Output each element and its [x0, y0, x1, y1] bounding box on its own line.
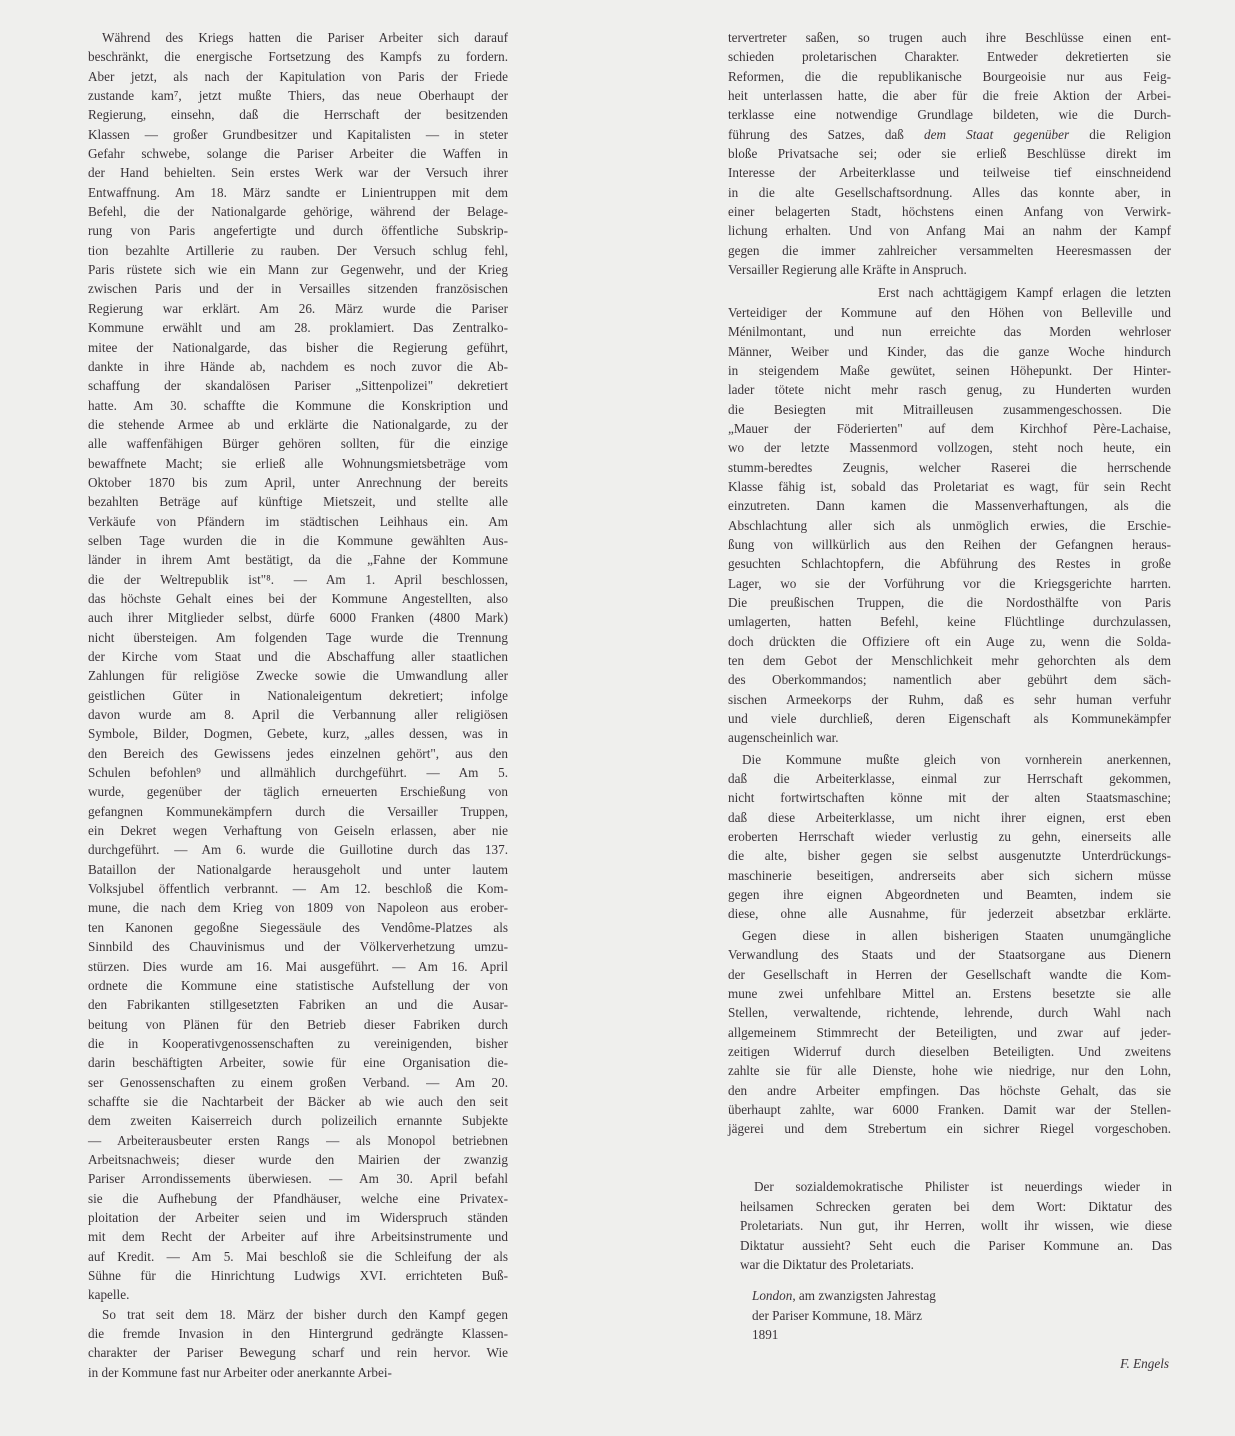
text-line: Klasse fähig ist, sobald das Proletariat…: [728, 477, 1171, 496]
text-line: Während des Kriegs hatten die Pariser Ar…: [88, 28, 508, 47]
text-line: der Hand behielten. Sein erstes Werk war…: [88, 163, 508, 182]
text-line: Versailler Regierung alle Kräfte in Ansp…: [728, 260, 1171, 279]
signature-line-1: London, am zwanzigsten Jahrestag: [752, 1286, 936, 1306]
text-line: augenscheinlich war.: [728, 728, 1171, 747]
text-line: ser Genossenschaften zu einem großen Ver…: [88, 1073, 508, 1092]
text-line: heit unterlassen hatte, die aber für die…: [728, 86, 1171, 105]
text-line: in der Kommune fast nur Arbeiter oder an…: [88, 1363, 508, 1382]
text-line: Regierung war erklärt. Am 26. März wurde…: [88, 299, 508, 318]
text-line: terklasse eine notwendige Grundlage bild…: [728, 105, 1171, 124]
text-line: mit dem Recht der Arbeiter auf ihre Arbe…: [88, 1227, 508, 1246]
text-line: schieden proletarischen Charakter. Entwe…: [728, 47, 1171, 66]
text-line: zahlte sie für alle Dienste, hohe wie ni…: [728, 1061, 1171, 1080]
text-line: umlagerten, hatten Befehl, keine Flüchtl…: [728, 612, 1171, 631]
text-line: „Mauer der Föderierten" auf dem Kirchhof…: [728, 419, 1171, 438]
text-line: Klassen — großer Grundbesitzer und Kapit…: [88, 125, 508, 144]
text-line: Verteidiger der Kommune auf den Höhen vo…: [728, 303, 1171, 322]
text-line: Stellen, verwaltende, richtende, lehrend…: [728, 1003, 1171, 1022]
text-line: Kommune erwählt und am 28. proklamiert. …: [88, 318, 508, 337]
text-line: Arbeitsnachweis; dieser wurde den Mairie…: [88, 1150, 508, 1169]
text-line: eroberten Herrschaft wieder verlustig zu…: [728, 827, 1171, 846]
text-line: Die preußischen Truppen, die die Nordost…: [728, 593, 1171, 612]
text-line: gesuchten Schlachtopfern, die Abführung …: [728, 554, 1171, 573]
text-line: die der Weltrepublik ist"⁸. — Am 1. Apri…: [88, 570, 508, 589]
text-line: tion bezahlte Artillerie zu rauben. Der …: [88, 241, 508, 260]
text-line: allgemeinem Stimmrecht der Beteiligten, …: [728, 1023, 1171, 1042]
text-line: bezahlten Beträge auf künftige Mietszeit…: [88, 492, 508, 511]
text-line: Aber jetzt, als nach der Kapitulation vo…: [88, 67, 508, 86]
text-line: die stehende Armee ab und erklärte die N…: [88, 415, 508, 434]
text-line: zeitigen Widerruf durch dieselben Beteil…: [728, 1042, 1171, 1061]
text-line: Symbole, Bilder, Dogmen, Gebete, kurz, „…: [88, 724, 508, 743]
text-line: diese, ohne alle Ausnahme, für jederzeit…: [728, 904, 1171, 923]
text-line: stumm-beredtes Zeugnis, welcher Raserei …: [728, 458, 1171, 477]
place-name: London: [752, 1288, 792, 1303]
text-line: darin beschäftigten Arbeiter, sowie für …: [88, 1053, 508, 1072]
text-line: zwischen Paris und der in Versailles sit…: [88, 279, 508, 298]
signature-block: London, am zwanzigsten Jahrestag der Par…: [752, 1286, 936, 1345]
text-line: bloße Privatsache sei; oder sie erließ B…: [728, 144, 1171, 163]
emphasis: dem Staat gegenüber: [924, 127, 1069, 142]
text-line: Paris rüstete sich wie ein Mann zur Gege…: [88, 260, 508, 279]
text-line: selben Tage wurden die in die Kommune ge…: [88, 531, 508, 550]
author-name: F. Engels: [1120, 1356, 1169, 1372]
text-line: ten Kanonen gegoßne Siegessäule des Vend…: [88, 918, 508, 937]
text-line: Volksjubel öffentlich verbrannt. — Am 12…: [88, 879, 508, 898]
text-line: ten dem Gebot der Menschlichkeit mehr ge…: [728, 651, 1171, 670]
text-line: doch drückten die Offiziere oft ein Auge…: [728, 632, 1171, 651]
text-line: heilsamen Schrecken geraten bei dem Wort…: [740, 1197, 1172, 1217]
text-line: in die alte Gesellschaftsordnung. Alles …: [728, 183, 1171, 202]
text-line: daß diese Arbeiterklasse, um nicht ihrer…: [728, 808, 1171, 827]
text-line: Befehl, die der Nationalgarde gehörige, …: [88, 202, 508, 221]
text-line: Diktatur aussieht? Seht euch die Pariser…: [740, 1236, 1172, 1256]
text-line: lichung erhalten. Und von Anfang Mai an …: [728, 221, 1171, 240]
text-line: die Besiegten mit Mitrailleusen zusammen…: [728, 400, 1171, 419]
text-line: Bataillon der Nationalgarde herausgeholt…: [88, 860, 508, 879]
text-line: Die Kommune mußte gleich von vornherein …: [728, 750, 1171, 769]
text-line: nicht übersteigen. Am folgenden Tage wur…: [88, 628, 508, 647]
text-line: ßung von willkürlich aus den Reihen der …: [728, 535, 1171, 554]
text-line: der Kirche vom Staat und die Abschaffung…: [88, 647, 508, 666]
right-column: tervertreter saßen, so trugen auch ihre …: [728, 28, 1171, 1139]
text-line: alle waffenfähigen Bürger gehören sollte…: [88, 434, 508, 453]
text-line: den andre Arbeiter empfingen. Das höchst…: [728, 1081, 1171, 1100]
text-line: Gefahr schwebe, solange die Pariser Arbe…: [88, 144, 508, 163]
text-line: nicht fortwirtschaften könne mit der alt…: [728, 788, 1171, 807]
text-line: Ménilmontant, und nun erreichte das Mord…: [728, 322, 1171, 341]
text-line: Sinnbild des Chauvinismus und der Völker…: [88, 937, 508, 956]
text-line: Männer, Weiber und Kinder, das die ganze…: [728, 342, 1171, 361]
text-line: ordnete die Kommune eine statistische Au…: [88, 976, 508, 995]
paragraph-state-machine: Die Kommune mußte gleich von vornherein …: [728, 750, 1171, 924]
text-line: überhaupt zahlte, war 6000 Franken. Dami…: [728, 1100, 1171, 1119]
text-line: dem zweiten Kaiserreich durch polizeilic…: [88, 1111, 508, 1130]
signature-line-2: der Pariser Kommune, 18. März: [752, 1306, 936, 1326]
text-line: Lager, wo sie der Vorführung vor die Kri…: [728, 574, 1171, 593]
text-line: gefangnen Kommunekämpfern durch die Vers…: [88, 802, 508, 821]
text-line: den Fabrikanten stillgesetzten Fabriken …: [88, 995, 508, 1014]
text-line: — Arbeiterausbeuter ersten Rangs — als M…: [88, 1131, 508, 1150]
text-line: Interesse der Arbeiterklasse und teilwei…: [728, 163, 1171, 182]
text-line: Verwandlung des Staats und der Staatsorg…: [728, 945, 1171, 964]
text-line: wo der letzte Massenmord vollzogen, steh…: [728, 438, 1171, 457]
text-line: auch ihrer Mitglieder selbst, dürfe 6000…: [88, 608, 508, 627]
text-line: sie die Aufhebung der Pfandhäuser, welch…: [88, 1189, 508, 1208]
text-line: führung des Satzes, daß dem Staat gegenü…: [728, 125, 1171, 144]
text-line: jägerei und dem Strebertum ein sichrer R…: [728, 1119, 1171, 1138]
text-line: schaffte sie die Nachtarbeit der Bäcker …: [88, 1092, 508, 1111]
paragraph-massacre: Erst nach achttägigem Kampf erlagen die …: [728, 283, 1171, 747]
text-line: die in Kooperativgenossenschaften zu ver…: [88, 1034, 508, 1053]
text-line: dankte in ihre Hände ab, nachdem es noch…: [88, 357, 508, 376]
text-line: geistlichen Güter in Nationaleigentum de…: [88, 686, 508, 705]
text-line: Oktober 1870 bis zum April, unter Anrech…: [88, 473, 508, 492]
text-line: mune zwei unfehlbare Mittel an. Erstens …: [728, 984, 1171, 1003]
text-line: Sühne für die Hinrichtung Ludwigs XVI. e…: [88, 1266, 508, 1285]
signature-year: 1891: [752, 1325, 936, 1345]
text-line: sischen Armeekorps der Ruhm, daß es sehr…: [728, 690, 1171, 709]
left-column: Während des Kriegs hatten die Pariser Ar…: [88, 28, 508, 1382]
text-line: schaffung der skandalösen Pariser „Sitte…: [88, 376, 508, 395]
text-line: bewaffnete Macht; sie erließ alle Wohnun…: [88, 454, 508, 473]
text-line: Proletariats. Nun gut, ihr Herren, wollt…: [740, 1216, 1172, 1236]
text-line: des Oberkommandos; namentlich aber gebüh…: [728, 670, 1171, 689]
text-line: länder in ihrem Amt bestätigt, da die „F…: [88, 550, 508, 569]
text-line: stürzen. Dies wurde am 16. Mai ausgeführ…: [88, 957, 508, 976]
text-line: Regierung, einsehn, daß die Herrschaft d…: [88, 105, 508, 124]
text-line: kapelle.: [88, 1285, 508, 1304]
text-line: den Bereich des Gewissens jedes einzelne…: [88, 744, 508, 763]
text-line: Erst nach achttägigem Kampf erlagen die …: [728, 283, 1171, 302]
text-line: Verkäufe von Pfändern im städtischen Lei…: [88, 512, 508, 531]
text-line: rung von Paris angefertigte und durch öf…: [88, 221, 508, 240]
text-line: Schulen befohlen⁹ und allmählich durchge…: [88, 763, 508, 782]
text-line: einer belagerten Stadt, höchstens einen …: [728, 202, 1171, 221]
text-line: Gegen diese in allen bisherigen Staaten …: [728, 926, 1171, 945]
text-line: Zahlungen für religiöse Zwecke sowie die…: [88, 666, 508, 685]
text-line: Abschlachtung aller sich als unmöglich e…: [728, 516, 1171, 535]
text-line: mitee der Nationalgarde, das bisher die …: [88, 338, 508, 357]
text-line: tervertreter saßen, so trugen auch ihre …: [728, 28, 1171, 47]
text-line: die fremde Invasion in den Hintergrund g…: [88, 1324, 508, 1343]
text-line: der Gesellschaft in Herren der Gesellsch…: [728, 965, 1171, 984]
text-line: in steigendem Maße gewütet, seinen Höhep…: [728, 361, 1171, 380]
text-line: Entwaffnung. Am 18. März sandte er Linie…: [88, 183, 508, 202]
closing-paragraph: Der sozialdemokratische Philister ist ne…: [740, 1177, 1172, 1275]
text-line: durchgeführt. — Am 6. wurde die Guilloti…: [88, 840, 508, 859]
paragraph-remedies: Gegen diese in allen bisherigen Staaten …: [728, 926, 1171, 1139]
text-line: ein Dekret wegen Verhaftung von Geiseln …: [88, 821, 508, 840]
text-line: wurde, gegenüber der täglich erneuerten …: [88, 782, 508, 801]
text-line: mune, die nach dem Krieg von 1809 von Na…: [88, 898, 508, 917]
text-line: gegen die immer zahlreicher versammelten…: [728, 241, 1171, 260]
text-line: gegen ihre eignen Abgeordneten und Beamt…: [728, 885, 1171, 904]
text-line: beitung von Plänen für den Betrieb diese…: [88, 1015, 508, 1034]
text-line: maschinerie beseitigen, andrerseits aber…: [728, 866, 1171, 885]
text-line: zustande kam⁷, jetzt mußte Thiers, das n…: [88, 86, 508, 105]
paragraph-continuation: tervertreter saßen, so trugen auch ihre …: [728, 28, 1171, 125]
text-line: lader tötete nicht mehr rasch genug, zu …: [728, 380, 1171, 399]
text-line: war die Diktatur des Proletariats.: [740, 1255, 1172, 1275]
text-line: auf Kredit. — Am 5. Mai beschloß sie die…: [88, 1247, 508, 1266]
text-line: hatte. Am 30. schaffte die Kommune die K…: [88, 396, 508, 415]
text-line: Reformen, die die republikanische Bourge…: [728, 67, 1171, 86]
text-line: charakter der Pariser Bewegung scharf un…: [88, 1343, 508, 1362]
text-line: ploitation der Arbeiter seien und im Wid…: [88, 1208, 508, 1227]
text-line: davon wurde am 8. April die Verbannung a…: [88, 705, 508, 724]
text-line: die alte, bisher gegen sie selbst ausgen…: [728, 846, 1171, 865]
paragraph-continuation: bloße Privatsache sei; oder sie erließ B…: [728, 144, 1171, 279]
text-line: einzutreten. Dann kamen die Massenverhaf…: [728, 496, 1171, 515]
text-line: daß die Arbeiterklasse, einmal zur Herrs…: [728, 769, 1171, 788]
text-line: Der sozialdemokratische Philister ist ne…: [740, 1177, 1172, 1197]
text-line: So trat seit dem 18. März der bisher dur…: [88, 1305, 508, 1324]
text-line: das höchste Gehalt eines bei der Kommune…: [88, 589, 508, 608]
text-line: und viele durchließ, deren Eigenschaft a…: [728, 709, 1171, 728]
text-line: Pariser Arrondissements überwiesen. — Am…: [88, 1169, 508, 1188]
text-line: beschränkt, die energische Fortsetzung d…: [88, 47, 508, 66]
